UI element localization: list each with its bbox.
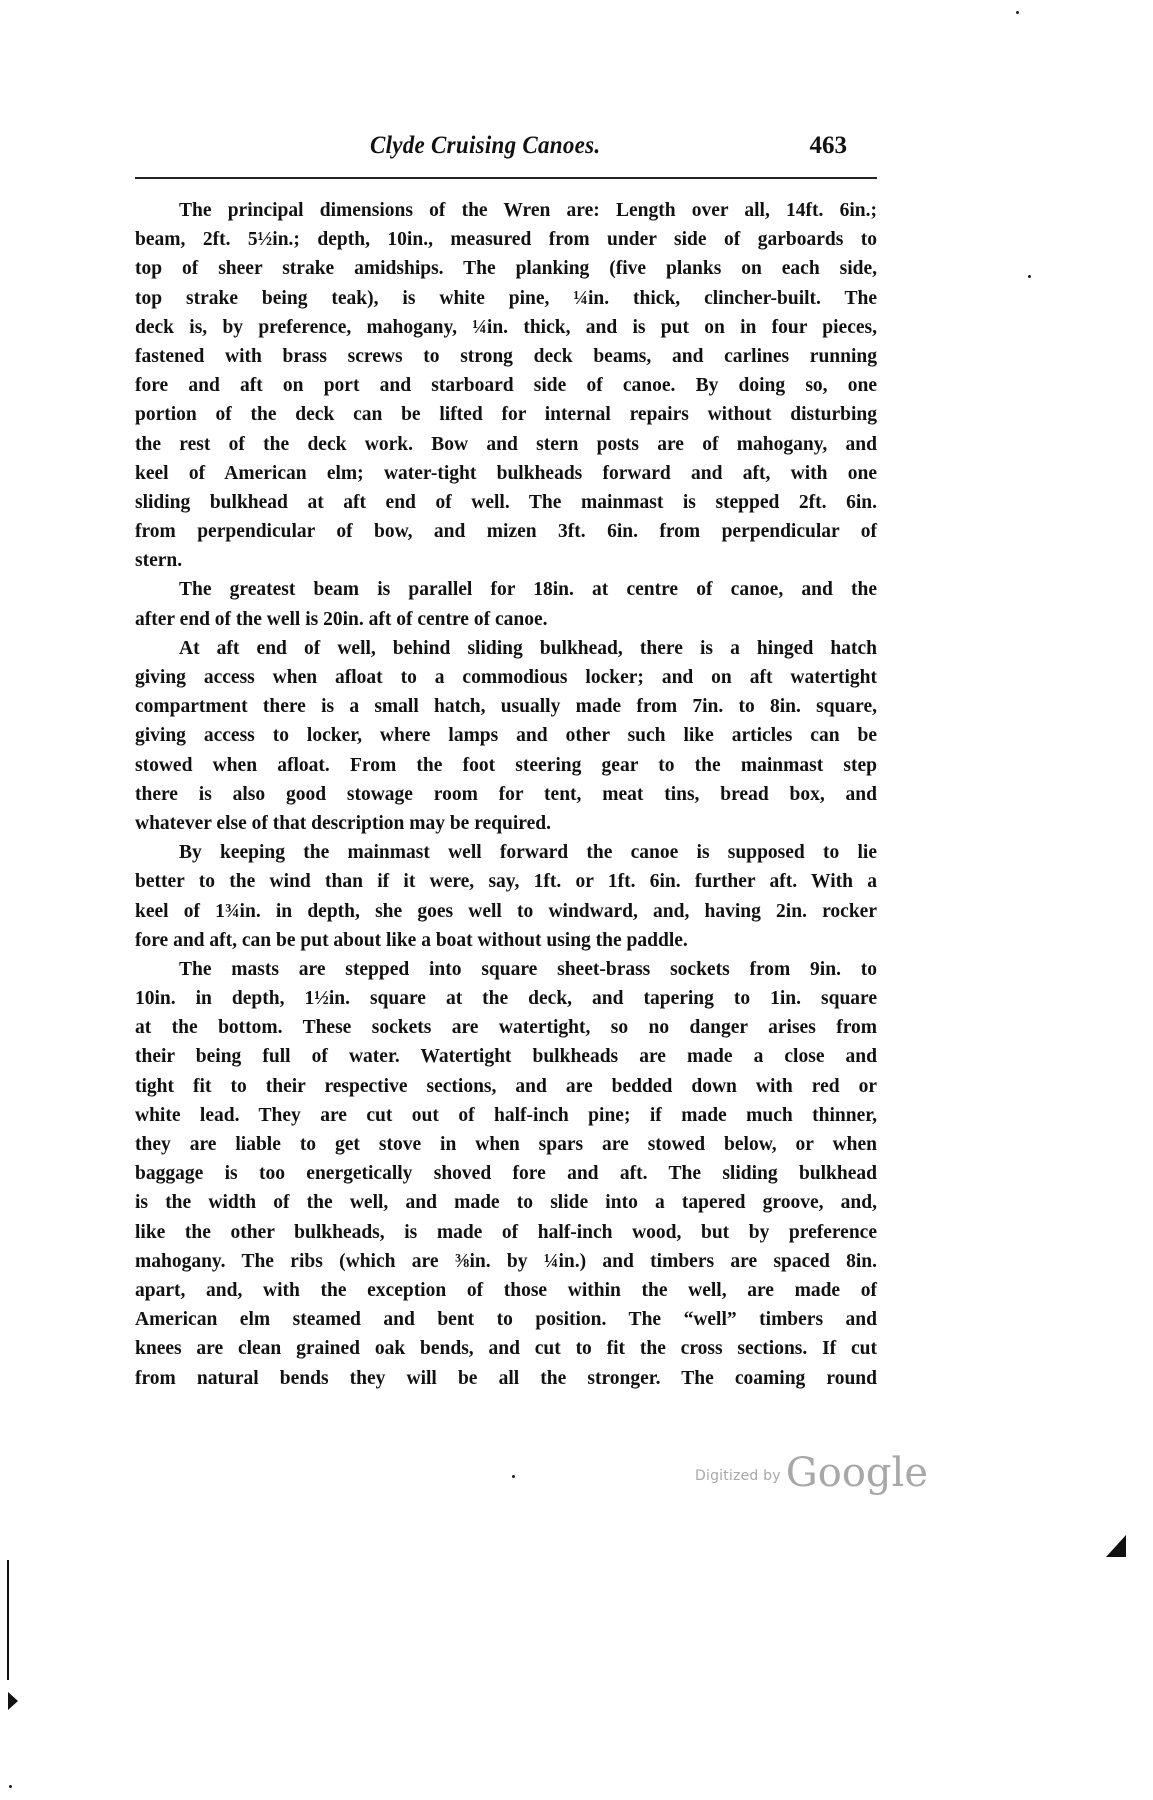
text-line: The greatest beam is parallel for 18in. …	[135, 575, 877, 604]
text-line: there is also good stowage room for tent…	[135, 780, 877, 809]
page-number: 463	[810, 132, 848, 160]
text-line: after end of the well is 20in. aft of ce…	[135, 605, 877, 634]
text-line: By keeping the mainmast well forward the…	[135, 838, 877, 867]
text-line: beam, 2ft. 5½in.; depth, 10in., measured…	[135, 225, 877, 254]
watermark-prefix: Digitized by	[695, 1468, 781, 1484]
scan-margin-mark-icon	[8, 1692, 18, 1710]
text-line: sliding bulkhead at aft end of well. The…	[135, 488, 877, 517]
text-line: 10in. in depth, 1½in. square at the deck…	[135, 984, 877, 1013]
text-line: fore and aft on port and starboard side …	[135, 371, 877, 400]
book-page: Clyde Cruising Canoes. 463 The principal…	[0, 0, 1153, 1800]
text-line: at the bottom. These sockets are waterti…	[135, 1013, 877, 1042]
text-line: the rest of the deck work. Bow and stern…	[135, 430, 877, 459]
running-title: Clyde Cruising Canoes.	[370, 132, 600, 160]
text-line: portion of the deck can be lifted for in…	[135, 400, 877, 429]
text-line: fore and aft, can be put about like a bo…	[135, 926, 877, 955]
text-line: whatever else of that description may be…	[135, 809, 877, 838]
text-line: The masts are stepped into square sheet-…	[135, 955, 877, 984]
text-line: giving access to locker, where lamps and…	[135, 721, 877, 750]
scan-margin-line	[7, 1560, 9, 1680]
scan-speck	[512, 1475, 515, 1478]
scan-corner-mark-icon	[1106, 1535, 1126, 1557]
body-text: The principal dimensions of the Wren are…	[135, 196, 877, 1393]
text-line: their being full of water. Watertight bu…	[135, 1042, 877, 1071]
scan-speck	[9, 1785, 12, 1788]
text-line: American elm steamed and bent to positio…	[135, 1305, 877, 1334]
text-line: stowed when afloat. From the foot steeri…	[135, 751, 877, 780]
header-rule	[135, 177, 877, 179]
text-line: better to the wind than if it were, say,…	[135, 867, 877, 896]
text-line: from natural bends they will be all the …	[135, 1364, 877, 1393]
text-line: they are liable to get stove in when spa…	[135, 1130, 877, 1159]
text-line: mahogany. The ribs (which are ⅜in. by ¼i…	[135, 1247, 877, 1276]
digitized-by-google-watermark: Digitized by Google	[695, 1450, 928, 1496]
text-line: from perpendicular of bow, and mizen 3ft…	[135, 517, 877, 546]
text-line: white lead. They are cut out of half-inc…	[135, 1101, 877, 1130]
text-line: baggage is too energetically shoved fore…	[135, 1159, 877, 1188]
text-line: deck is, by preference, mahogany, ¼in. t…	[135, 313, 877, 342]
text-line: apart, and, with the exception of those …	[135, 1276, 877, 1305]
text-line: At aft end of well, behind sliding bulkh…	[135, 634, 877, 663]
text-line: top strake being teak), is white pine, ¼…	[135, 284, 877, 313]
text-line: The principal dimensions of the Wren are…	[135, 196, 877, 225]
running-head: Clyde Cruising Canoes. 463	[135, 130, 877, 170]
text-line: keel of American elm; water-tight bulkhe…	[135, 459, 877, 488]
watermark-brand: Google	[786, 1450, 928, 1496]
text-line: compartment there is a small hatch, usua…	[135, 692, 877, 721]
text-line: like the other bulkheads, is made of hal…	[135, 1218, 877, 1247]
text-line: knees are clean grained oak bends, and c…	[135, 1334, 877, 1363]
text-line: top of sheer strake amidships. The plank…	[135, 254, 877, 283]
text-line: stern.	[135, 546, 877, 575]
text-line: keel of 1¾in. in depth, she goes well to…	[135, 897, 877, 926]
scan-speck	[1016, 11, 1019, 14]
text-line: fastened with brass screws to strong dec…	[135, 342, 877, 371]
text-line: tight fit to their respective sections, …	[135, 1072, 877, 1101]
scan-speck	[1028, 275, 1031, 278]
text-line: is the width of the well, and made to sl…	[135, 1188, 877, 1217]
text-line: giving access when afloat to a commodiou…	[135, 663, 877, 692]
